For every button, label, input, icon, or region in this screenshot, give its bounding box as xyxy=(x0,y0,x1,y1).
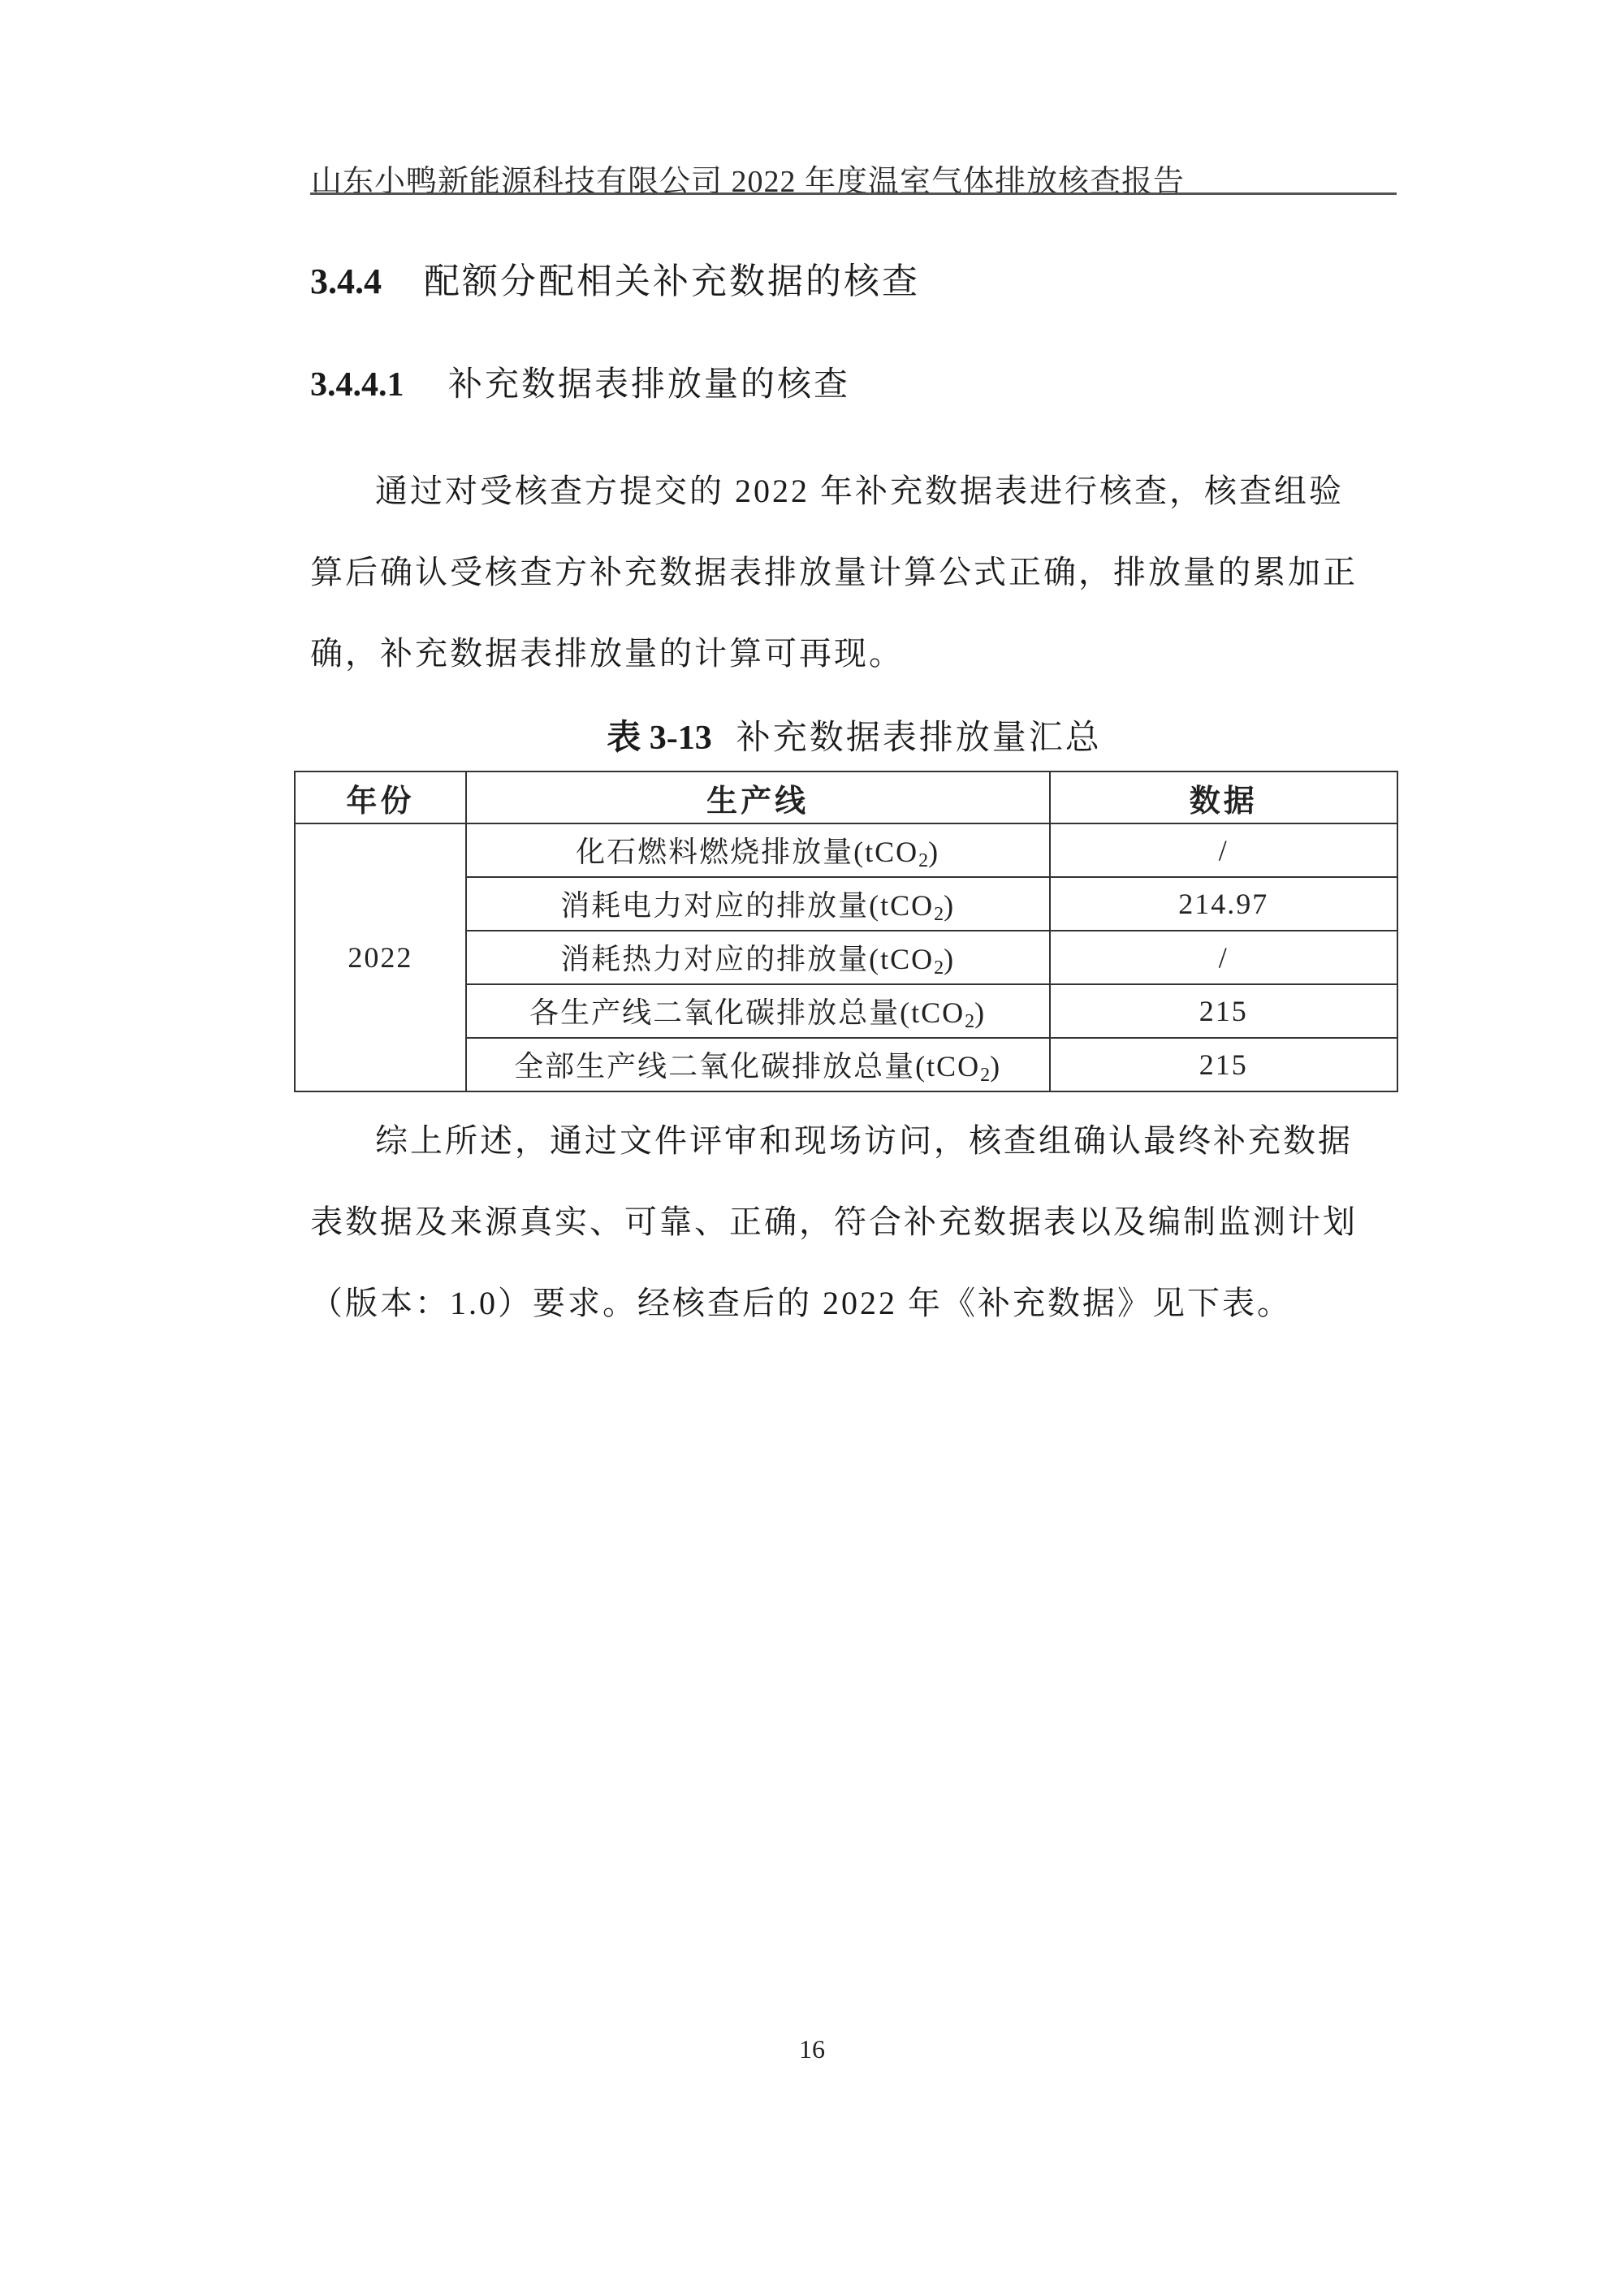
row-value: 215 xyxy=(1050,1038,1397,1091)
section-number: 3.4.4 xyxy=(310,261,424,302)
paragraph-conclusion: 综上所述，通过文件评审和现场访问，核查组确认最终补充数据 表数据及来源真实、可靠… xyxy=(310,1100,1398,1344)
section-heading: 3.4.4配额分配相关补充数据的核查 xyxy=(310,252,920,304)
paragraph-line: 确，补充数据表排放量的计算可再现。 xyxy=(310,613,1398,694)
header-data: 数据 xyxy=(1050,771,1397,823)
year-cell: 2022 xyxy=(295,823,466,1091)
table-header-row: 年份 生产线 数据 xyxy=(295,771,1397,823)
row-value: 215 xyxy=(1050,984,1397,1038)
paragraph-line: （版本：1.0）要求。经核查后的 2022 年《补充数据》见下表。 xyxy=(310,1263,1398,1344)
table-row: 2022 化石燃料燃烧排放量(tCO2) / xyxy=(295,823,1397,877)
table-caption-title: 补充数据表排放量汇总 xyxy=(736,720,1102,757)
paragraph-line: 通过对受核查方提交的 2022 年补充数据表进行核查，核查组验 xyxy=(310,451,1398,532)
paragraph-line: 表数据及来源真实、可靠、正确，符合补充数据表以及编制监测计划 xyxy=(310,1182,1398,1263)
header-year: 年份 xyxy=(295,771,466,823)
table-caption: 表 3-13补充数据表排放量汇总 xyxy=(310,711,1398,759)
paragraph-line: 综上所述，通过文件评审和现场访问，核查组确认最终补充数据 xyxy=(310,1100,1398,1182)
row-label: 各生产线二氧化碳排放总量(tCO2) xyxy=(466,984,1050,1038)
table-caption-number: 表 3-13 xyxy=(607,720,712,757)
section-title: 配额分配相关补充数据的核查 xyxy=(424,261,920,301)
row-label: 消耗电力对应的排放量(tCO2) xyxy=(466,877,1050,931)
subsection-heading: 3.4.4.1补充数据表排放量的核查 xyxy=(310,357,850,406)
row-label: 消耗热力对应的排放量(tCO2) xyxy=(466,931,1050,984)
row-value: / xyxy=(1050,931,1397,984)
header-production-line: 生产线 xyxy=(466,771,1050,823)
subsection-number: 3.4.4.1 xyxy=(310,365,448,404)
row-value: / xyxy=(1050,823,1397,877)
row-label: 全部生产线二氧化碳排放总量(tCO2) xyxy=(466,1038,1050,1091)
paragraph-verification: 通过对受核查方提交的 2022 年补充数据表进行核查，核查组验 算后确认受核查方… xyxy=(310,451,1398,694)
row-value: 214.97 xyxy=(1050,877,1397,931)
emissions-summary-table: 年份 生产线 数据 2022 化石燃料燃烧排放量(tCO2) / 消耗电力对应的… xyxy=(294,771,1398,1092)
subsection-title: 补充数据表排放量的核查 xyxy=(448,366,850,404)
page-number: 16 xyxy=(0,2034,1624,2064)
paragraph-line: 算后确认受核查方补充数据表排放量计算公式正确，排放量的累加正 xyxy=(310,532,1398,613)
header-rule xyxy=(310,192,1397,195)
row-label: 化石燃料燃烧排放量(tCO2) xyxy=(466,823,1050,877)
